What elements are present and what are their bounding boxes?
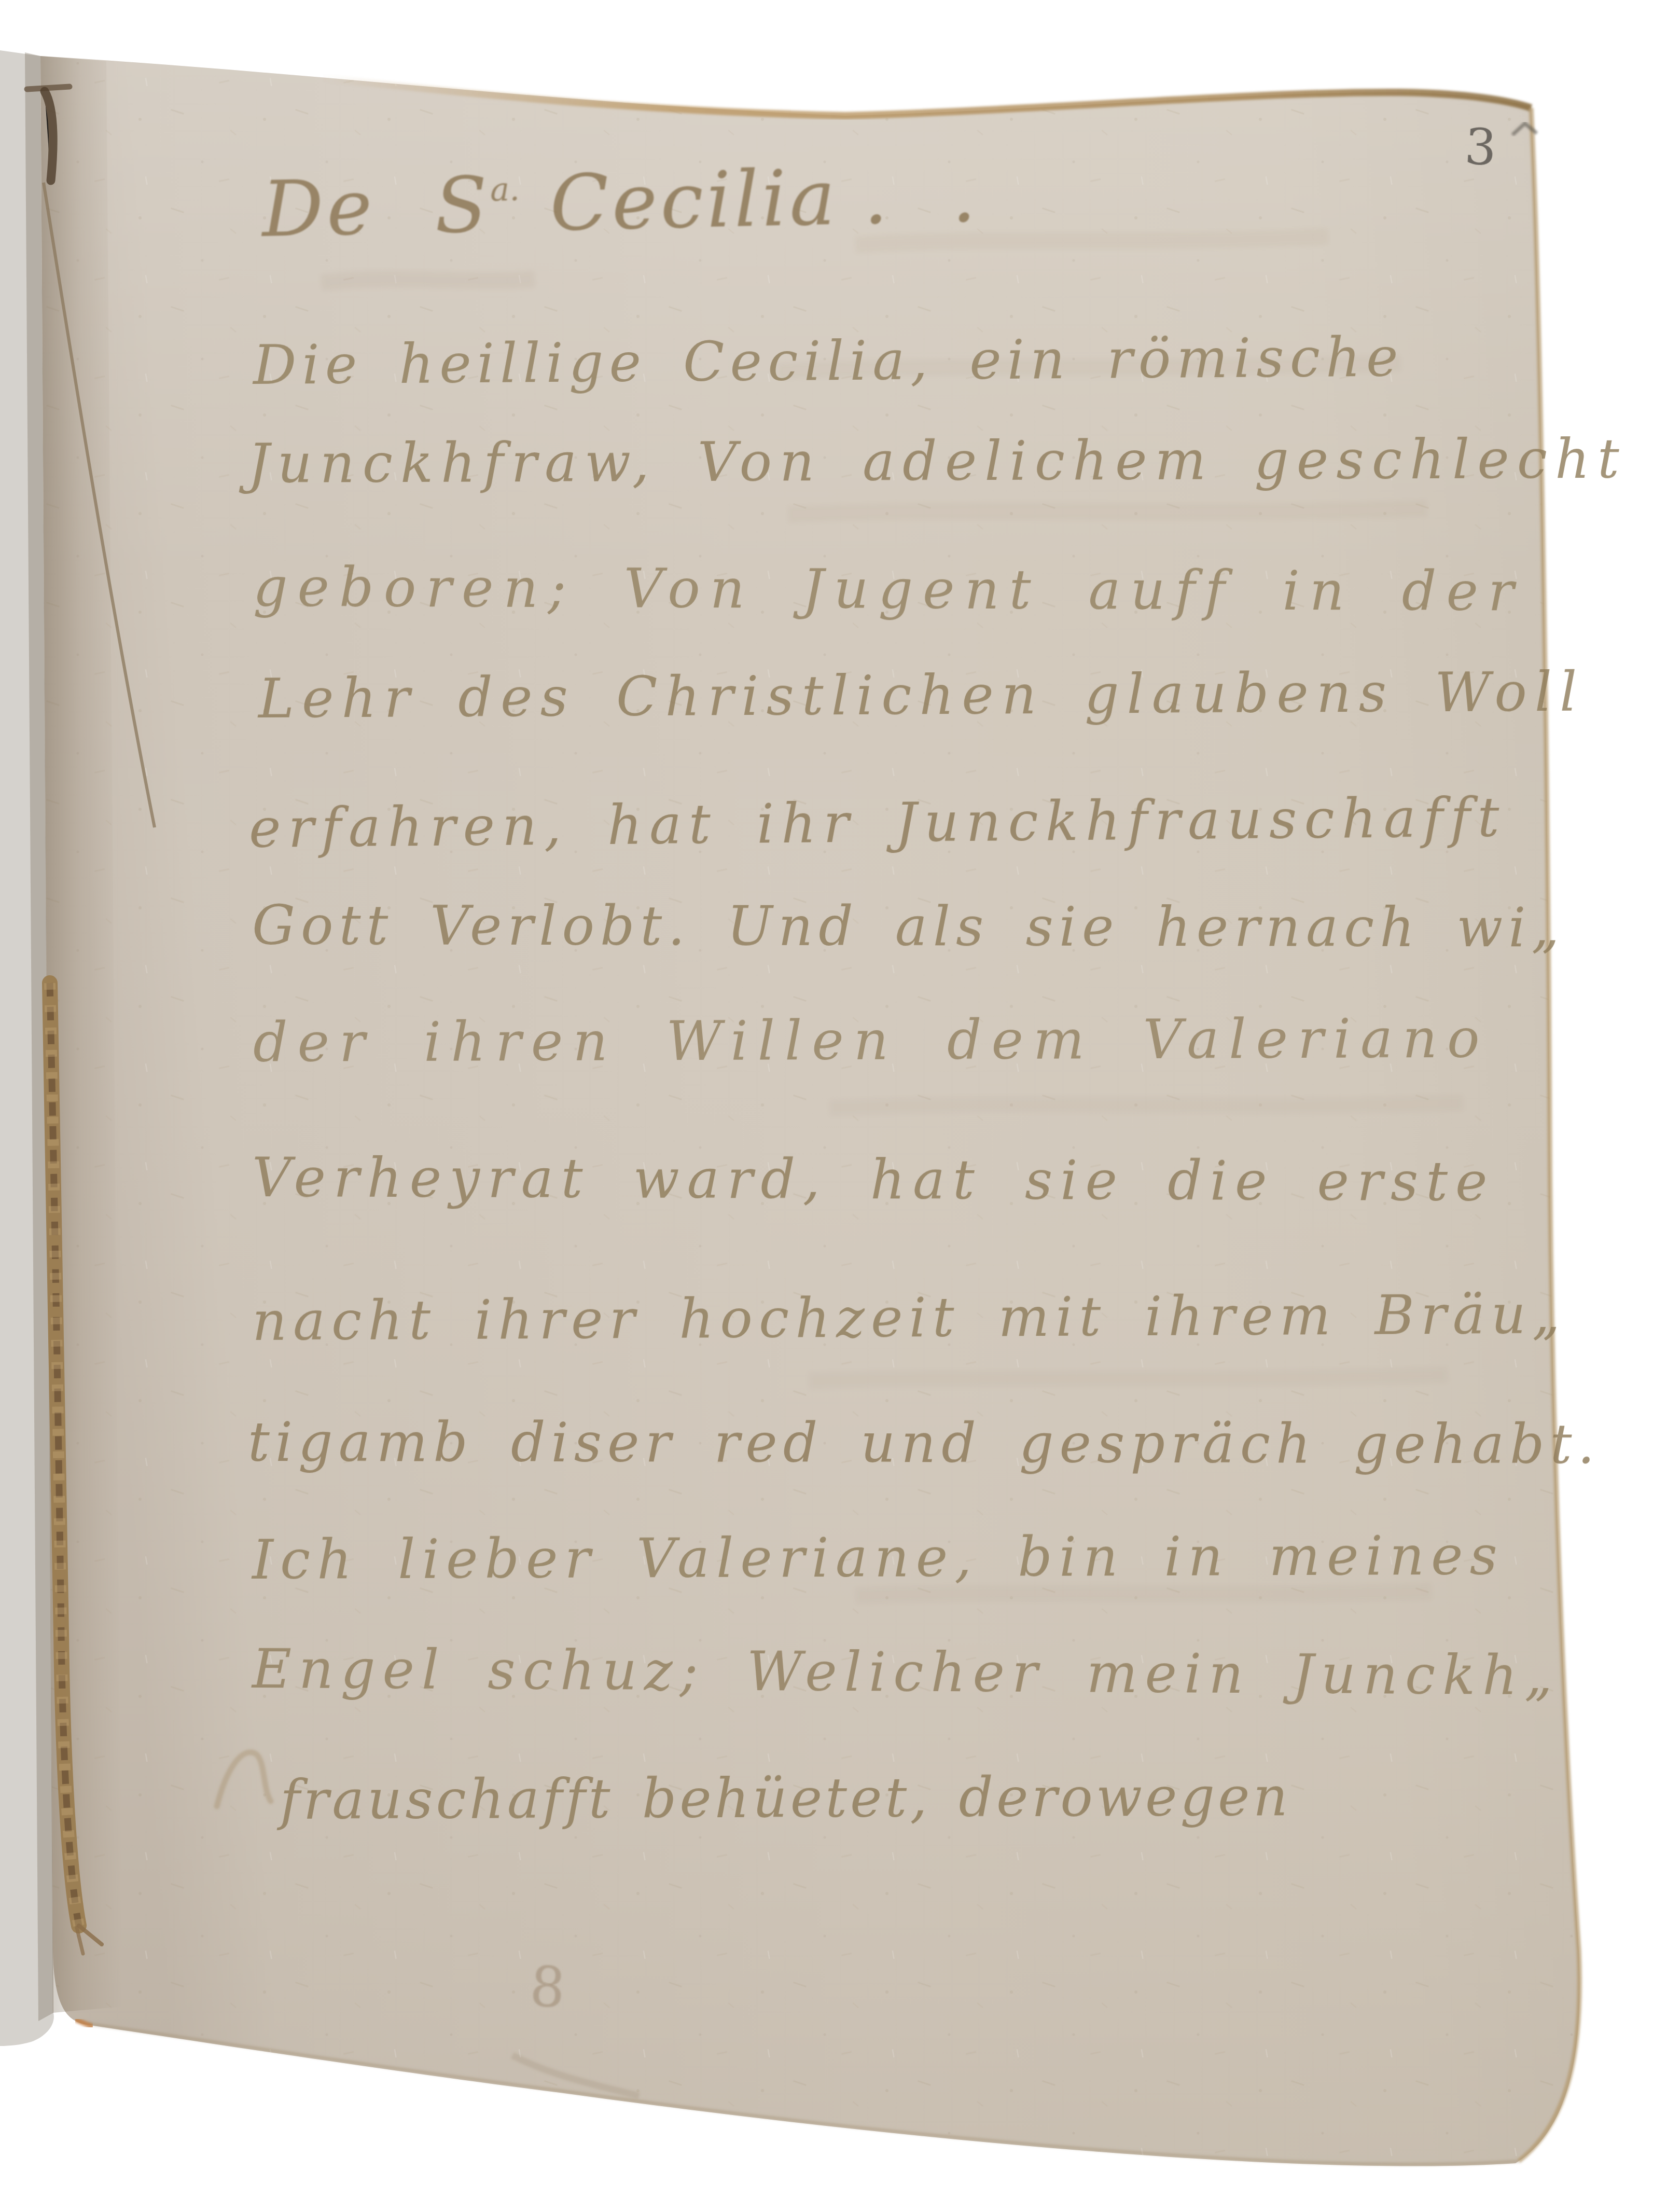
manuscript-line: Junckhfraw, Von adelichem geschlecht	[248, 432, 1627, 491]
manuscript-line: der ihren Willen dem Valeriano	[253, 1012, 1490, 1070]
title-trailing-dots: . .	[863, 156, 996, 235]
manuscript-scan: 3 DeSa.Cecilia. . Die heillige Cecilia, …	[0, 0, 1653, 2212]
manuscript-line: Gott Verlobt. Und als sie hernach wi„	[252, 898, 1565, 955]
manuscript-line: erfahren, hat ihr Junckhfrauschafft	[249, 791, 1507, 855]
manuscript-line: Die heillige Cecilia, ein römische	[253, 330, 1404, 392]
title-superscript-stack: a.	[490, 176, 520, 203]
folio-number: 3	[1464, 121, 1498, 173]
manuscript-line: Engel schuz; Welicher mein Junckh„	[252, 1642, 1560, 1703]
manuscript-line: Lehr des Christlichen glaubens Woll	[258, 665, 1585, 726]
title-superscript: a	[490, 176, 509, 202]
title-superscript-dot: .	[509, 176, 520, 202]
title-word-cecilia: Cecilia	[549, 159, 839, 242]
manuscript-line: nacht ihrer hochzeit mit ihrem Bräu„	[252, 1288, 1566, 1348]
title-word-de: De	[261, 169, 376, 248]
manuscript-line: tigamb diser red und gespräch gehabt.	[248, 1415, 1601, 1472]
ink-blot-mark: 8	[528, 1959, 567, 2016]
title-word-s: S	[434, 167, 491, 244]
manuscript-title: DeSa.Cecilia. .	[261, 156, 996, 248]
manuscript-line: frauschafft behüetet, derowegen	[280, 1769, 1291, 1827]
manuscript-line: Ich lieber Valeriane, bin in meines	[252, 1529, 1504, 1587]
manuscript-line: Verheyrat ward, hat sie die erste	[252, 1151, 1495, 1209]
manuscript-line: geboren; Von Jugent auff in der	[253, 560, 1524, 619]
